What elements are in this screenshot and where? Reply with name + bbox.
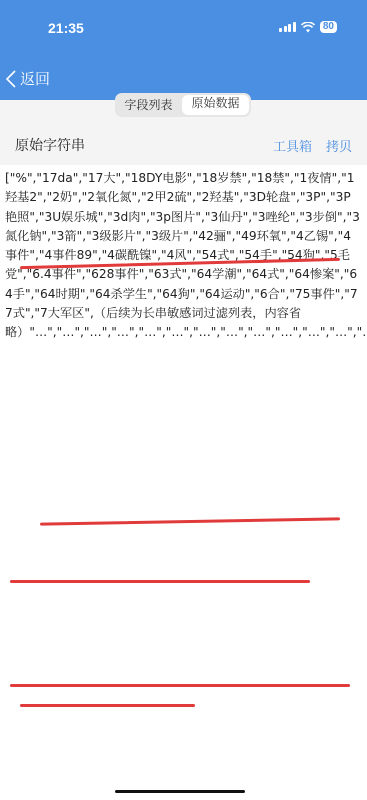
- back-button[interactable]: 返回: [6, 68, 50, 89]
- annotation-red-stroke: [10, 684, 350, 687]
- top-bar: 21:35 80 返回: [0, 0, 367, 100]
- status-icons: 80: [279, 21, 337, 33]
- copy-button[interactable]: 拷贝: [326, 136, 352, 155]
- chevron-left-icon: [6, 70, 16, 88]
- tab-raw-data[interactable]: 原始数据: [182, 95, 249, 115]
- raw-string-filler: "…","…","…","…","…","…","…","…","…","…",…: [29, 325, 367, 339]
- section-header: 原始字符串 工具箱 拷贝: [0, 125, 367, 165]
- section-title: 原始字符串: [15, 135, 85, 155]
- tab-field-list[interactable]: 字段列表: [115, 97, 182, 117]
- wifi-icon: [301, 22, 315, 33]
- signal-icon: [279, 22, 296, 32]
- annotation-red-stroke: [20, 704, 195, 707]
- annotation-black-stroke: [115, 790, 245, 793]
- back-label: 返回: [20, 68, 50, 89]
- toolbox-button[interactable]: 工具箱: [273, 136, 312, 155]
- status-time: 21:35: [48, 20, 84, 36]
- segmented-control: 字段列表 原始数据: [115, 93, 251, 117]
- raw-string-head: ["%","17da","17大","18DY电影","18岁禁","18禁",…: [5, 171, 360, 320]
- battery-icon: 80: [320, 21, 337, 33]
- annotation-red-stroke: [10, 580, 310, 583]
